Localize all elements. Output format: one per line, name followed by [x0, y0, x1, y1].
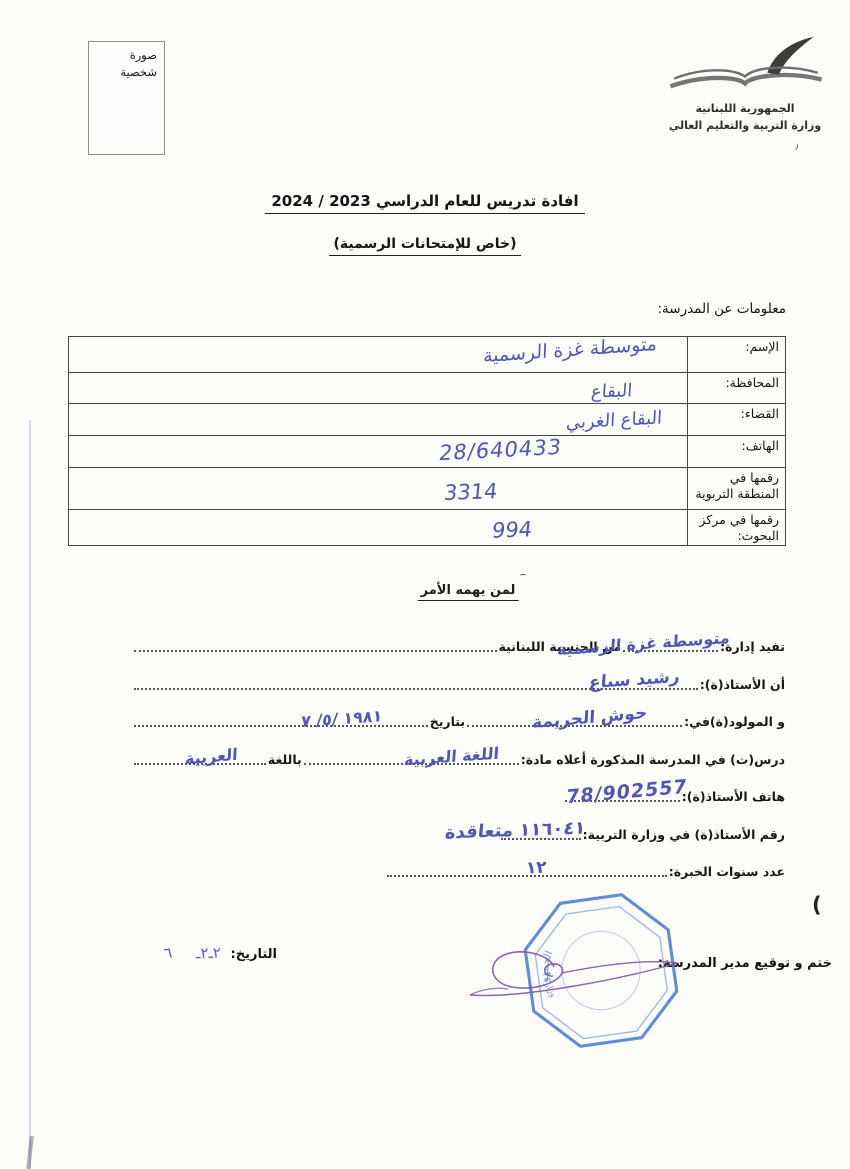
letter-heading: لمن يهمه الأمر: [418, 583, 519, 601]
handwritten-teacher-phone: 78/902557: [565, 776, 688, 809]
dotted-field: رشيد سباع: [134, 675, 698, 690]
dotted-field: حوش الحريمة: [467, 712, 682, 727]
form-subtitle: (خاص للإمتحانات الرسمية): [329, 236, 520, 256]
table-row-district: القضاء: البقاع الغربي: [69, 404, 786, 436]
scan-speck: [520, 574, 526, 579]
table-row-zone-number: رقمها في المنطقة التربوية 3314: [69, 468, 786, 510]
handwritten-governorate: البقاع: [590, 380, 633, 403]
line4-mid: باللغة: [268, 752, 302, 767]
handwritten-date-continued: ٦: [162, 944, 172, 963]
line4-prefix: درس(ت) في المدرسة المذكورة أعلاه مادة:: [521, 752, 785, 767]
handwritten-research-number: 994: [491, 517, 534, 543]
photo-label-line2: شخصية: [96, 64, 157, 81]
letter-line-1: تفيد إدارة: متوسطة غزة الرسمية من الجنسي…: [132, 631, 785, 654]
letter-line-4: درس(ت) في المدرسة المذكورة أعلاه مادة: ا…: [132, 744, 785, 767]
photo-label-line1: صورة: [96, 47, 157, 64]
row-label: القضاء:: [688, 404, 786, 436]
dotted-field: ١٩٨١ /٥/ ٧: [134, 712, 428, 727]
line2-prefix: أن الأستاذ(ة):: [700, 677, 785, 692]
line3-prefix: و المولود(ة)في:: [684, 714, 785, 729]
title-row: افادة تدريس للعام الدراسي 2023 / 2024: [0, 191, 850, 214]
row-label: المحافظة:: [688, 373, 786, 404]
scanned-form-page: صورة شخصية الجمهورية اللبنانية وزارة الت…: [0, 0, 850, 1169]
scan-speck: [791, 142, 799, 150]
handwritten-zone-number: 3314: [442, 479, 498, 505]
line1-prefix: تفيد إدارة:: [720, 639, 785, 654]
school-info-heading: معلومات عن المدرسة:: [657, 301, 786, 317]
row-label: الهاتف:: [688, 436, 786, 468]
row-value-cell: البقاع: [69, 373, 688, 404]
handwritten-phone: 28/640433: [438, 435, 564, 466]
handwritten-school-name: متوسطة غزة الرسمية: [483, 333, 658, 367]
subtitle-row: (خاص للإمتحانات الرسمية): [0, 233, 850, 256]
date-label: التاريخ:: [231, 947, 277, 962]
scan-artifact-corner: [26, 1136, 33, 1169]
handwritten-ministry-number: ١١٦٠٤١ متعاقدة: [444, 817, 587, 843]
letter-line-5: هاتف الأستاذ(ة): 78/902557: [132, 781, 785, 804]
date-row: التاريخ: ٢ـ٢ـ ٦: [102, 944, 277, 962]
row-value-cell: 28/640433: [69, 436, 688, 468]
line5-prefix: هاتف الأستاذ(ة):: [682, 789, 785, 804]
dotted-field: ١٢: [387, 862, 667, 877]
dotted-field: متوسطة غزة الرسمية: [623, 637, 718, 652]
handwritten-teacher-name: رشيد سباع: [588, 666, 680, 692]
table-row-name: الإسم: متوسطة غزة الرسمية: [69, 337, 786, 373]
ministry-name-line1: الجمهورية اللبنانية: [645, 100, 845, 117]
row-label: الإسم:: [688, 337, 786, 373]
handwritten-language: العربية: [185, 744, 239, 768]
letter-line-3: و المولود(ة)في: حوش الحريمة بتاريخ ١٩٨١ …: [132, 706, 785, 729]
handwritten-subject: اللغة العربية: [403, 743, 499, 769]
dotted-field: ١١٦٠٤١ متعاقدة: [501, 825, 581, 840]
table-row-phone: الهاتف: 28/640433: [69, 436, 786, 468]
row-value-cell: 3314: [69, 468, 688, 510]
handwritten-district: البقاع الغربي: [565, 407, 662, 433]
table-row-research-number: رقمها في مركز البحوث: 994: [69, 510, 786, 546]
table-row-governorate: المحافظة: البقاع: [69, 373, 786, 404]
letter-line-6: رقم الأستاذ(ة) في وزارة التربية: ١١٦٠٤١ …: [132, 819, 785, 842]
handwritten-birthplace: حوش الحريمة: [531, 703, 647, 733]
handwritten-date: ٢ـ٢ـ: [195, 944, 221, 963]
line7-prefix: عدد سنوات الخبرة:: [669, 864, 785, 879]
handwritten-birthdate: ١٩٨١ /٥/ ٧: [301, 706, 384, 731]
row-value-cell: 994: [69, 510, 688, 546]
scan-artifact-line: [29, 420, 31, 1169]
handwritten-experience-years: ١٢: [526, 857, 548, 878]
dotted-field: العربية: [134, 750, 266, 765]
row-label: رقمها في المنطقة التربوية: [688, 468, 786, 510]
form-title: افادة تدريس للعام الدراسي 2023 / 2024: [265, 192, 584, 214]
photo-placeholder-box: صورة شخصية: [88, 41, 165, 155]
row-value-cell: متوسطة غزة الرسمية: [69, 337, 688, 373]
open-book-icon: [650, 34, 840, 96]
ministry-name-line2: وزارة التربية والتعليم العالي: [645, 117, 845, 134]
school-info-table: الإسم: متوسطة غزة الرسمية المحافظة: البق…: [68, 336, 786, 546]
letter-body: تفيد إدارة: متوسطة غزة الرسمية من الجنسي…: [132, 631, 785, 894]
dotted-field: اللغة العربية: [304, 750, 519, 765]
handwritten-administration: متوسطة غزة الرسمية: [556, 628, 730, 659]
row-label: رقمها في مركز البحوث:: [688, 510, 786, 546]
ministry-logo: الجمهورية اللبنانية وزارة التربية والتعل…: [645, 34, 845, 134]
dotted-field: 78/902557: [565, 787, 680, 802]
principal-signature-icon: [462, 925, 692, 1030]
row-value-cell: البقاع الغربي: [69, 404, 688, 436]
letter-line-7: عدد سنوات الخبرة: ١٢: [132, 856, 785, 879]
letter-line-2: أن الأستاذ(ة): رشيد سباع: [132, 669, 785, 692]
dotted-field: [134, 637, 497, 652]
line6-prefix: رقم الأستاذ(ة) في وزارة التربية:: [583, 827, 785, 842]
stray-paren-mark: (: [812, 893, 822, 917]
line3-mid: بتاريخ: [430, 714, 465, 729]
